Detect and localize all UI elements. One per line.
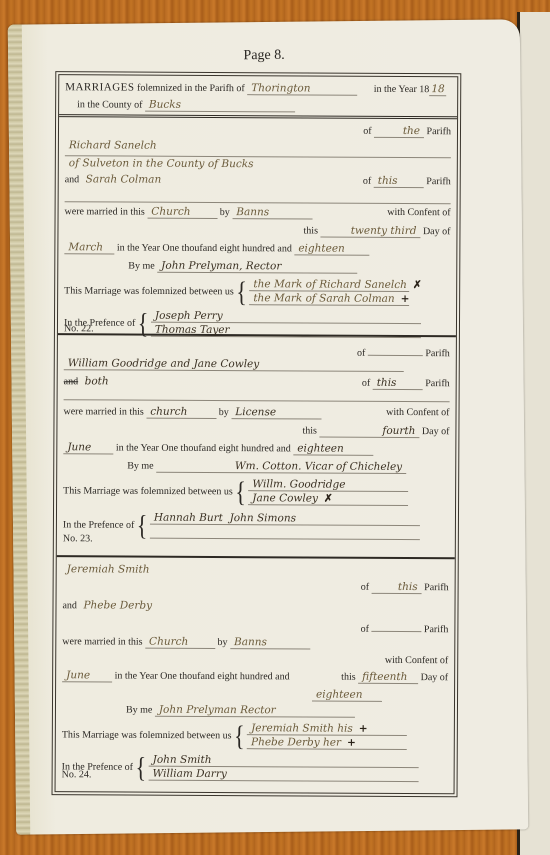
married-in-label: were married in this [62, 636, 142, 647]
consent-label: with Confent of [387, 207, 450, 218]
method: Banns [230, 636, 310, 649]
page-deckle-edge [8, 25, 30, 835]
marriage-entry-23: of Parifh William Goodridge and Jane Cow… [57, 335, 456, 559]
entry-number: No. 22. [64, 323, 94, 334]
month: June [63, 441, 113, 454]
groom-parish: the [374, 125, 424, 138]
signature-1: the Mark of Richard Sanelch✗ [249, 278, 409, 292]
by-me-label: By me [126, 705, 152, 716]
parish-name: Thorington [247, 82, 357, 96]
of-label: of [363, 176, 371, 187]
cross-mark-icon: + [359, 723, 368, 735]
place: church [146, 406, 216, 419]
bride-parish: this [374, 175, 424, 188]
year-words-label: in the Year One thoufand eight hundred a… [117, 242, 292, 254]
this-label: this [303, 225, 318, 236]
couple-signatures: Jeremiah Smith his+ Phebe Derby her+ [247, 722, 407, 751]
consent-label: with Confent of [385, 655, 448, 666]
by-label: by [218, 637, 228, 648]
witness-2 [150, 526, 420, 540]
brace: { [135, 757, 146, 778]
witness-1: John Smith [149, 754, 419, 768]
parish-label: Parifh [425, 378, 450, 389]
and-label-struck: and [64, 376, 79, 387]
year-suffix: 18 [429, 83, 446, 96]
witnesses: Hannah Burt John Simons [150, 512, 420, 541]
by-label: by [219, 407, 229, 418]
by-me-label: By me [128, 261, 154, 272]
signature-2: the Mark of Sarah Colman+ [249, 292, 409, 306]
parish-label: Parifh [424, 582, 449, 593]
place: Church [145, 636, 215, 649]
officiant: John Prelyman, Rector [157, 260, 357, 274]
officiant: John Prelyman Rector [155, 704, 355, 718]
married-in-label: were married in this [63, 406, 143, 417]
witness-1: Hannah Burt John Simons [150, 512, 420, 526]
day-of-label: Day of [422, 426, 450, 437]
method: License [231, 406, 321, 419]
bride-parish: this [373, 377, 423, 390]
signature-2: Phebe Derby her+ [247, 736, 407, 750]
married-in-label: were married in this [65, 206, 145, 217]
signature-2: Jane Cowley✗ [248, 492, 408, 506]
bride-name: Phebe Derby [79, 599, 219, 613]
brace: { [235, 482, 246, 503]
and-label: and [62, 600, 77, 611]
solemnized-between-label: This Marriage was folemnized between us [62, 730, 232, 742]
and-label: and [65, 174, 80, 185]
groom-parish: this [372, 581, 422, 594]
this-label: this [341, 672, 356, 683]
day-of-label: Day of [421, 672, 449, 683]
solemnized-label: folemnized in the Parifh of [137, 83, 245, 95]
signature-1: Jeremiah Smith his+ [247, 722, 407, 736]
day-of-label: Day of [423, 226, 451, 237]
witnesses: Joseph Perry Thomas Tayer [151, 310, 421, 339]
groom-name: Jeremiah Smith [63, 563, 203, 577]
groom-name: Richard Sanelch [65, 139, 265, 153]
marriage-entry-24: Jeremiah Smith of this Parifh and Phebe … [56, 557, 455, 789]
this-label: this [302, 425, 317, 436]
brace: { [236, 282, 247, 303]
parish-label: Parifh [426, 176, 451, 187]
bride-name: Sarah Colman [82, 173, 212, 187]
method: Banns [232, 206, 312, 219]
groom-parish [368, 343, 423, 356]
year-words-label: in the Year One thoufand eight hundred a… [115, 670, 290, 682]
of-label: of [362, 378, 370, 389]
entry-number: No. 24. [62, 769, 92, 780]
groom-residence: of Sulveton in the County of Bucks [65, 157, 325, 171]
month: June [62, 669, 112, 682]
by-me-label: By me [127, 461, 153, 472]
bride-parish [371, 619, 421, 632]
couple-signatures: the Mark of Richard Sanelch✗ the Mark of… [249, 278, 409, 307]
year-words-label: in the Year One thoufand eight hundred a… [116, 442, 291, 454]
parish-label: Parifh [424, 624, 449, 635]
by-label: by [220, 207, 230, 218]
of-label: of [361, 624, 369, 635]
presence-label: In the Prefence of [63, 520, 134, 531]
marriages-heading: MARRIAGES [65, 81, 134, 93]
county-name: Bucks [145, 99, 295, 113]
register-page: Page 8. MARRIAGES folemnized in the Pari… [8, 19, 528, 834]
officiant: Wm. Cotton. Vicar of Chicheley [156, 460, 406, 474]
county-label: in the County of [77, 99, 142, 110]
brace: { [138, 313, 149, 334]
of-label: of [357, 348, 365, 359]
x-mark-icon: ✗ [324, 493, 333, 505]
of-label: of [363, 126, 371, 137]
of-label: of [361, 582, 369, 593]
brace: { [234, 726, 245, 747]
solemnized-between-label: This Marriage was folemnized between us [63, 486, 233, 498]
register-header: MARRIAGES folemnized in the Parifh of Th… [59, 75, 457, 119]
year-words: eighteen [293, 442, 373, 455]
page-number: Page 8. [8, 45, 520, 66]
entry-number: No. 23. [63, 533, 93, 544]
residence-note: both [81, 375, 231, 389]
couple-names: William Goodridge and Jane Cowley [64, 357, 404, 372]
signature-1: Willm. Goodridge [248, 478, 408, 492]
marriage-register-form: MARRIAGES folemnized in the Parifh of Th… [55, 74, 459, 794]
year-label: in the Year 18 [374, 84, 430, 95]
witnesses: John Smith William Darry [149, 754, 419, 783]
parish-label: Parifh [425, 348, 450, 359]
witness-1: Joseph Perry [151, 310, 421, 324]
x-mark-icon: ✗ [413, 279, 422, 291]
witness-2: William Darry [149, 768, 419, 782]
consent-label: with Confent of [386, 407, 449, 418]
day: fifteenth [358, 671, 418, 684]
place: Church [147, 206, 217, 219]
brace: { [137, 515, 148, 536]
couple-signatures: Willm. Goodridge Jane Cowley✗ [248, 478, 408, 507]
year-words: eighteen [312, 689, 382, 702]
day: twenty third [320, 225, 420, 239]
solemnized-between-label: This Marriage was folemnized between us [64, 286, 234, 298]
parish-label: Parifh [427, 126, 452, 137]
day: fourth [319, 425, 419, 439]
year-words: eighteen [294, 242, 369, 255]
cross-mark-icon: + [401, 293, 410, 305]
marriage-entry-22: of the Parifh Richard Sanelch of Sulveto… [58, 117, 457, 337]
month: March [64, 241, 114, 254]
cross-mark-icon: + [347, 737, 356, 749]
